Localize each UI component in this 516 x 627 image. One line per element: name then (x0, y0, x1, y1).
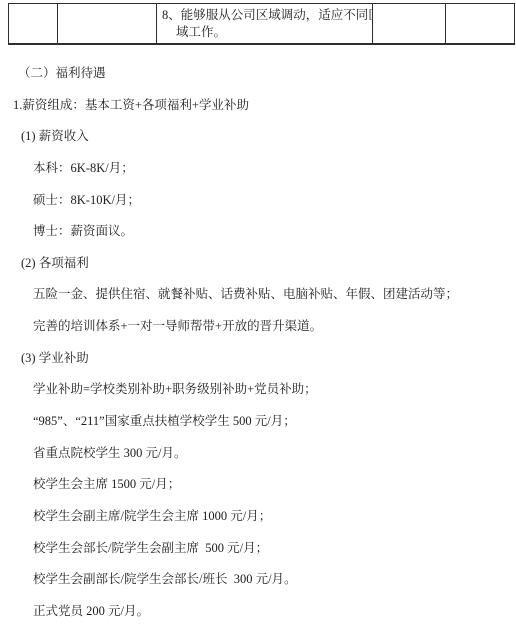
line-salary-composition: 1.薪资组成：基本工资+各项福利+学业补助 (0, 90, 516, 122)
requirement-8-line1: 8、能够服从公司区域调动，适应不同区 (162, 7, 368, 24)
table-row: 8、能够服从公司区域调动，适应不同区 域工作。 (9, 4, 515, 45)
requirements-table: 8、能够服从公司区域调动，适应不同区 域工作。 (8, 3, 515, 45)
line-training-system: 完善的培训体系+一对一导师帮带+开放的晋升渠道。 (0, 311, 516, 343)
line-985-211-subsidy: “985”、“211”国家重点扶植学校学生 500 元/月； (0, 406, 516, 438)
line-master-salary: 硕士：8K-10K/月； (0, 185, 516, 217)
line-subsidy-formula: 学业补助=学校类别补助+职务级别补助+党员补助； (0, 374, 516, 406)
line-bachelor-salary: 本科：6K-8K/月； (0, 153, 516, 185)
table-cell-5 (446, 4, 515, 45)
line-vice-president-subsidy: 校学生会副主席/院学生会主席 1000 元/月； (0, 501, 516, 533)
heading-salary-income: (1) 薪资收入 (0, 121, 516, 153)
line-union-president-subsidy: 校学生会主席 1500 元/月； (0, 469, 516, 501)
table-cell-1 (9, 4, 58, 45)
line-party-member-subsidy: 正式党员 200 元/月。 (0, 596, 516, 627)
requirement-8-line2: 域工作。 (162, 24, 368, 41)
table-cell-4 (373, 4, 446, 45)
line-benefit-items: 五险一金、提供住宿、就餐补贴、话费补贴、电脑补贴、年假、团建活动等； (0, 279, 516, 311)
line-vice-minister-subsidy: 校学生会副部长/院学生会部长/班长 300 元/月。 (0, 564, 516, 596)
line-provincial-key-subsidy: 省重点院校学生 300 元/月。 (0, 438, 516, 470)
heading-academic-subsidy: (3) 学业补助 (0, 343, 516, 375)
document-body: （二）福利待遇 1.薪资组成：基本工资+各项福利+学业补助 (1) 薪资收入 本… (0, 58, 516, 627)
line-minister-subsidy: 校学生会部长/院学生会副主席 500 元/月； (0, 533, 516, 565)
document-page: 8、能够服从公司区域调动，适应不同区 域工作。 （二）福利待遇 1.薪资组成：基… (0, 0, 516, 627)
table-cell-2 (58, 4, 157, 45)
heading-welfare: （二）福利待遇 (0, 58, 516, 90)
heading-benefits: (2) 各项福利 (0, 248, 516, 280)
table-cell-requirement: 8、能够服从公司区域调动，适应不同区 域工作。 (157, 4, 373, 45)
line-phd-salary: 博士：薪资面议。 (0, 216, 516, 248)
